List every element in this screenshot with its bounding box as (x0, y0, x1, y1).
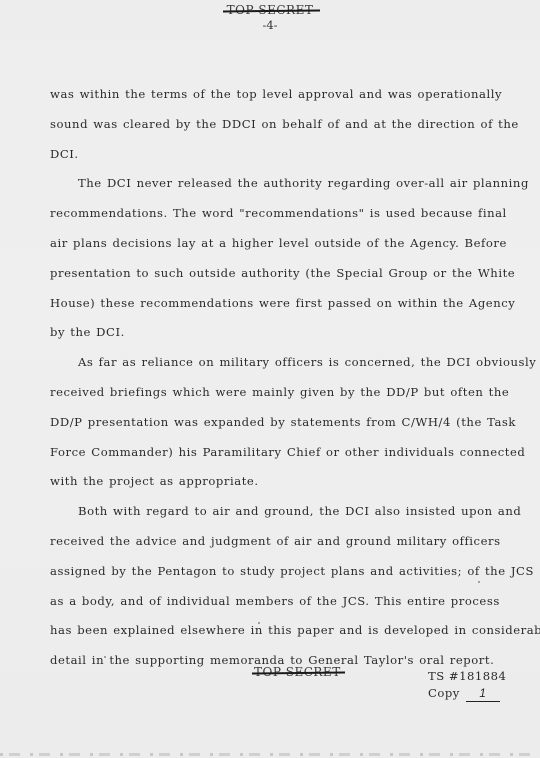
text-line: has been explained elsewhere in this pap… (50, 616, 530, 646)
bottom-classification-text: TOP SECRET (254, 665, 341, 679)
text-line: As far as reliance on military officers … (50, 348, 530, 378)
document-page: TOP SECRET -4- was within the terms of t… (0, 0, 540, 758)
text-line: House) these recommendations were first … (50, 289, 530, 319)
text-line: was within the terms of the top level ap… (50, 80, 530, 110)
paragraph: The DCI never released the authority reg… (50, 169, 530, 348)
copy-number: 1 (466, 687, 500, 702)
text-line: by the DCI. (50, 318, 530, 348)
document-body: was within the terms of the top level ap… (50, 80, 530, 676)
top-classification-marking: TOP SECRET (0, 3, 540, 17)
text-line: received the advice and judgment of air … (50, 527, 530, 557)
document-control-block: TS #181884 Copy 1 (428, 668, 506, 702)
text-line: as a body, and of individual members of … (50, 587, 530, 617)
text-line: air plans decisions lay at a higher leve… (50, 229, 530, 259)
copy-label: Copy (428, 685, 460, 702)
scan-speck (104, 656, 106, 658)
bottom-classification-marking: TOP SECRET (254, 665, 341, 679)
page-number: -4- (0, 18, 540, 32)
text-line: received briefings which were mainly giv… (50, 378, 530, 408)
text-line: Force Commander) his Paramilitary Chief … (50, 438, 530, 468)
text-line: sound was cleared by the DDCI on behalf … (50, 110, 530, 140)
copy-line: Copy 1 (428, 685, 506, 702)
paragraph: As far as reliance on military officers … (50, 348, 530, 497)
text-line: presentation to such outside authority (… (50, 259, 530, 289)
text-line: DD/P presentation was expanded by statem… (50, 408, 530, 438)
scan-speck (478, 581, 480, 583)
text-line: recommendations. The word "recommendatio… (50, 199, 530, 229)
paragraph: Both with regard to air and ground, the … (50, 497, 530, 676)
scan-speck (258, 622, 260, 624)
control-number: TS #181884 (428, 668, 506, 685)
text-line: Both with regard to air and ground, the … (50, 497, 530, 527)
text-line: DCI. (50, 140, 530, 170)
text-line: with the project as appropriate. (50, 467, 530, 497)
paragraph: was within the terms of the top level ap… (50, 80, 530, 169)
text-line: assigned by the Pentagon to study projec… (50, 557, 530, 587)
scan-edge-noise (0, 753, 540, 756)
top-classification-text: TOP SECRET (225, 3, 316, 17)
text-line: The DCI never released the authority reg… (50, 169, 530, 199)
